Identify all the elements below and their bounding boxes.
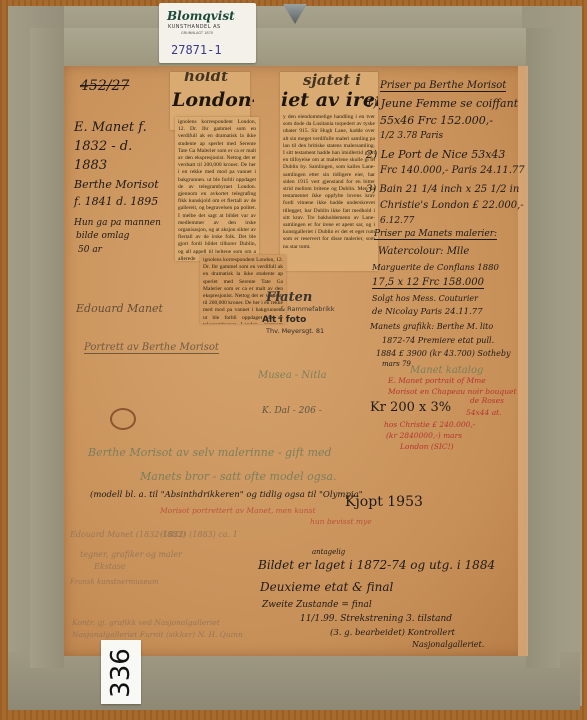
item-1-title: Jeune Femme se coiffant — [381, 97, 518, 110]
edouard-manet: Edouard Manet — [76, 302, 163, 315]
headline-top-right: sjatet i — [303, 72, 375, 90]
faint-left-3: Ekstase — [94, 562, 126, 571]
note-left-1: Hun ga pa mannen — [74, 218, 161, 228]
clipping-column-left: ignolens korrespondent London, 12. Dr. I… — [175, 117, 259, 261]
headline-left: London-g — [172, 90, 254, 110]
framer-stamp: Flaten & Rammefabrikk Alt i foto Thv. Me… — [266, 290, 335, 335]
inventory-number: 27871-1 — [171, 43, 222, 57]
crossed-number: 452/27 — [80, 78, 129, 94]
red-line-5: hos Christie £ 240.000,- — [384, 420, 475, 429]
model-note: (modell bl. a. til "Absinthdrikkeren" og… — [90, 490, 363, 500]
board-edge-strip — [518, 66, 528, 656]
pencil-line-4: Manets bror - satt ofte model ogsa. — [140, 470, 337, 483]
catalog-line: Manet katalog — [410, 365, 483, 376]
watercolour-title: Marguerite de Conflans 1880 — [372, 263, 499, 273]
red-note-1: Morisot portrettert av Manet, men kunst — [160, 506, 315, 515]
item-3-title: Bain 21 1/4 inch x 25 1/2 in — [379, 184, 519, 195]
graphic-line-2: 1872-74 Premiere etat pull. — [382, 336, 494, 345]
dealer-subtitle: KUNSTHANDEL AS — [168, 24, 221, 30]
dealer-label: Blomqvist KUNSTHANDEL AS GRUNNLAGT 1870 … — [159, 3, 256, 63]
headline-left-wrap: London-g — [172, 90, 254, 118]
framer-line2: Alt i foto — [262, 315, 335, 325]
manet-dates: E. Manet f. 1832 - d. 1883 — [74, 118, 164, 175]
price-item-1-detail: 55x46 Frc 152.000,- — [380, 114, 493, 127]
dealer-founded: GRUNNLAGT 1870 — [181, 31, 213, 35]
faint-bottom-2: Nasjonalgalleriet Furnit (sikker) N. H. … — [72, 630, 243, 639]
morisot-dates: Berthe Morisot f. 1841 d. 1895 — [74, 176, 164, 210]
red-line-1: E. Manet portrait of Mme — [388, 376, 486, 385]
pencil-line-3: Berthe Morisot av selv malerinne - gift … — [88, 446, 332, 459]
stain-mark — [110, 408, 136, 430]
sold-line-1: Solgt hos Mess. Couturier — [372, 294, 478, 303]
item-1-number: 1 — [366, 97, 373, 110]
faint-left-4: Fransk kunstnermuseum — [70, 578, 159, 586]
note-left-2: bilde omlag — [76, 231, 129, 241]
red-line-4: 54x44 at. — [466, 408, 502, 417]
bottom-line-6: Nasjonalgalleriet. — [412, 640, 484, 649]
item-2-number: 2 — [366, 148, 373, 161]
headline-right: iet av irere — [281, 90, 375, 110]
watercolour-size-price: 17,5 x 12 Frc 158.000 — [372, 277, 484, 289]
red-note-2: hun bevisst mye — [310, 517, 372, 526]
graphic-line-1: Manets grafikk: Berthe M. lito — [370, 322, 493, 331]
price-item-3-title: 3) Bain 21 1/4 inch x 25 1/2 in — [366, 184, 519, 195]
watercolour-label: Watercolour: Mlle — [378, 246, 469, 257]
inner-tape-top — [30, 28, 558, 67]
dealer-brand: Blomqvist — [167, 9, 235, 23]
price-item-3-detail: Christie's London £ 22.000,- — [380, 200, 524, 211]
bottom-line-5: (3. g. bearbeidet) Kontrollert — [330, 628, 455, 638]
red-line-6: (kr 2840000,-) mars — [386, 431, 462, 440]
clipping-left-text: ignolens korrespondent London, 12. Dr. I… — [178, 119, 256, 261]
price-item-2-detail: Frc 140.000,- Paris 24.11.77 — [380, 165, 525, 176]
faint-left-2: tegner, grafiker og maler — [80, 550, 182, 559]
clipping-right-text: y den eiendommelige handling i en tver s… — [283, 114, 375, 251]
prices-manet-title: Priser pa Manets malerier: — [374, 229, 497, 240]
portrait-label: Portrett av Berthe Morisot — [84, 342, 219, 354]
graphic-line-3: 1884 £ 3900 (kr 43.700) Sotheby — [376, 349, 510, 358]
pencil-line-1: Musea - Nitla — [258, 370, 327, 381]
prices-morisot-title: Priser pa Berthe Morisot — [380, 80, 506, 92]
inner-tape-right — [526, 28, 560, 668]
paper-tape-bottom — [8, 652, 580, 710]
bought-year: Kjopt 1953 — [345, 494, 423, 510]
red-calc: Kr 200 x 3% — [370, 400, 451, 415]
pencil-line-2: K. Dal - 206 - — [262, 406, 322, 416]
lot-number: 336 — [106, 643, 136, 703]
headline-top-left: holdt — [184, 72, 250, 86]
price-item-3-date: 6.12.77 — [380, 216, 414, 226]
note-left-3: 50 ar — [78, 245, 102, 255]
item-3-number: 3 — [366, 184, 372, 195]
price-item-2-title: 2) Le Port de Nice 53x43 — [366, 148, 505, 161]
framer-name: Flaten — [266, 290, 335, 305]
inner-tape-left — [30, 28, 64, 668]
faint-bottom-1: Kontr. gj. grafikk ved Nasjonalgalleriet — [72, 618, 220, 627]
framer-address: Thv. Meyersgt. 81 — [266, 327, 335, 335]
sold-line-2: de Nicolay Paris 24.11.77 — [372, 307, 483, 317]
bottom-line-3: Zweite Zustande = final — [262, 600, 372, 610]
price-item-1-date: 1/2 3.78 Paris — [380, 131, 443, 141]
bottom-line-1: Bildet er laget i 1872-74 og utg. i 1884 — [258, 558, 495, 572]
clipping-column-right: sjatet i iet av irere y den eiendommelig… — [280, 72, 378, 271]
red-line-7: London (SIC!) — [400, 442, 454, 451]
lot-number-label: 336 — [101, 640, 141, 704]
price-item-1-title: 1) Jeune Femme se coiffant — [366, 97, 518, 110]
graphic-line-4: mars 79 — [382, 360, 411, 368]
bottom-line-2: Deuxieme etat & final — [260, 580, 393, 594]
red-line-3: de Roses — [470, 396, 504, 405]
item-2-title: Le Port de Nice 53x43 — [381, 148, 506, 161]
red-line-2: Morisot en Chapeau noir bouquet — [388, 387, 517, 396]
faint-left-1: Edouard Manet (1832-1883) — [70, 530, 185, 539]
bottom-line-4: 11/1.99. Strekstrening 3. tilstand — [300, 614, 452, 624]
bottom-line-1-above: antagelig — [312, 548, 345, 556]
framer-line1: & Rammefabrikk — [280, 305, 335, 313]
